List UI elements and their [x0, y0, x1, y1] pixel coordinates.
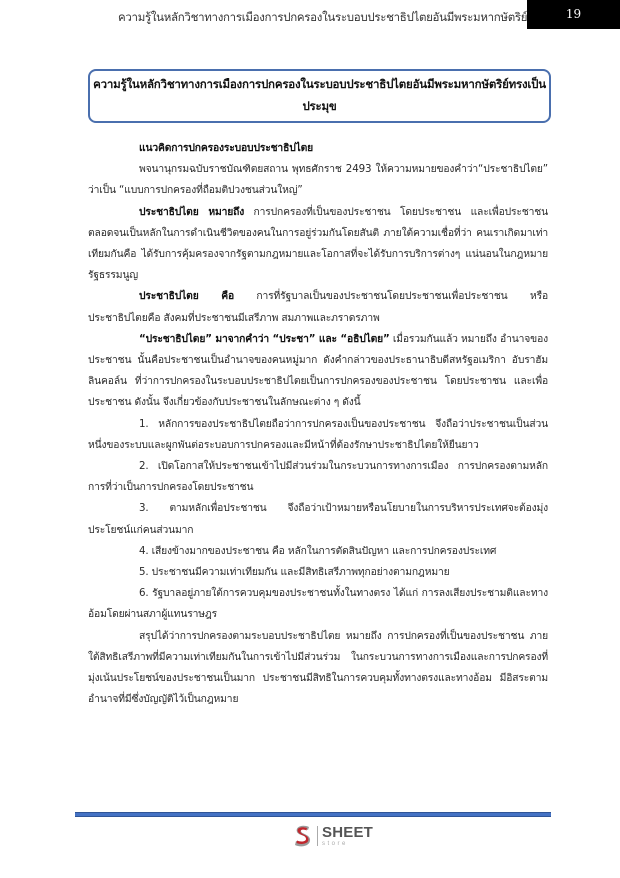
- list-item: 6. รัฐบาลอยู่ภายใต้การควบคุมของประชาชนทั…: [88, 583, 548, 625]
- footer-divider: [75, 812, 551, 817]
- logo-word-sheet: SHEET: [322, 825, 373, 840]
- list-item: 5. ประชาชนมีความเท่าเทียมกัน และมีสิทธิเ…: [88, 562, 548, 583]
- document-body: แนวคิดการปกครองระบอบประชาธิปไตย พจนานุกร…: [88, 138, 548, 710]
- paragraph-definition-meaning: ประชาธิปไตย หมายถึง การปกครองที่เป็นของป…: [88, 202, 548, 287]
- section-heading: แนวคิดการปกครองระบอบประชาธิปไตย: [88, 138, 548, 159]
- list-item: 2. เปิดโอกาสให้ประชาชนเข้าไปมีส่วนร่วมใน…: [88, 456, 548, 498]
- page-number: 19: [527, 0, 620, 29]
- list-item: 4. เสียงข้างมากของประชาชน คือ หลักในการต…: [88, 541, 548, 562]
- logo-wordmark: SHEET store: [322, 825, 373, 847]
- running-header: ความรู้ในหลักวิชาทางการเมืองการปกครองในร…: [118, 4, 518, 30]
- chapter-title-line-2: ประมุข: [90, 95, 549, 117]
- logo-word-store: store: [322, 841, 373, 847]
- list-item: 3. ตามหลักเพื่อประชาชน จึงถือว่าเป้าหมาย…: [88, 498, 548, 540]
- paragraph-definition-is: ประชาธิปไตย คือ การที่รัฐบาลเป็นของประชา…: [88, 286, 548, 328]
- chapter-title-line-1: ความรู้ในหลักวิชาทางการเมืองการปกครองในร…: [90, 73, 549, 95]
- chapter-title-box: ความรู้ในหลักวิชาทางการเมืองการปกครองในร…: [88, 69, 551, 123]
- term-bold: ประชาธิปไตย คือ: [139, 290, 234, 302]
- logo-separator: [317, 826, 318, 846]
- term-bold: ประชาธิปไตย หมายถึง: [139, 206, 244, 218]
- sheet-store-logo: SHEET store: [292, 823, 373, 849]
- summary-paragraph: สรุปได้ว่าการปกครองตามระบอบประชาธิปไตย ห…: [88, 626, 548, 711]
- paragraph-etymology: “ประชาธิปไตย” มาจากคำว่า “ประชา” และ “อธ…: [88, 329, 548, 414]
- list-item: 1. หลักการของประชาธิปไตยถือว่าการปกครองเ…: [88, 414, 548, 456]
- term-bold: “ประชาธิปไตย” มาจากคำว่า “ประชา” และ “อธ…: [139, 333, 390, 345]
- paragraph-dictionary-definition: พจนานุกรมฉบับราชบัณฑิตยสถาน พุทธศักราช 2…: [88, 159, 548, 201]
- s-logo-icon: [292, 824, 314, 848]
